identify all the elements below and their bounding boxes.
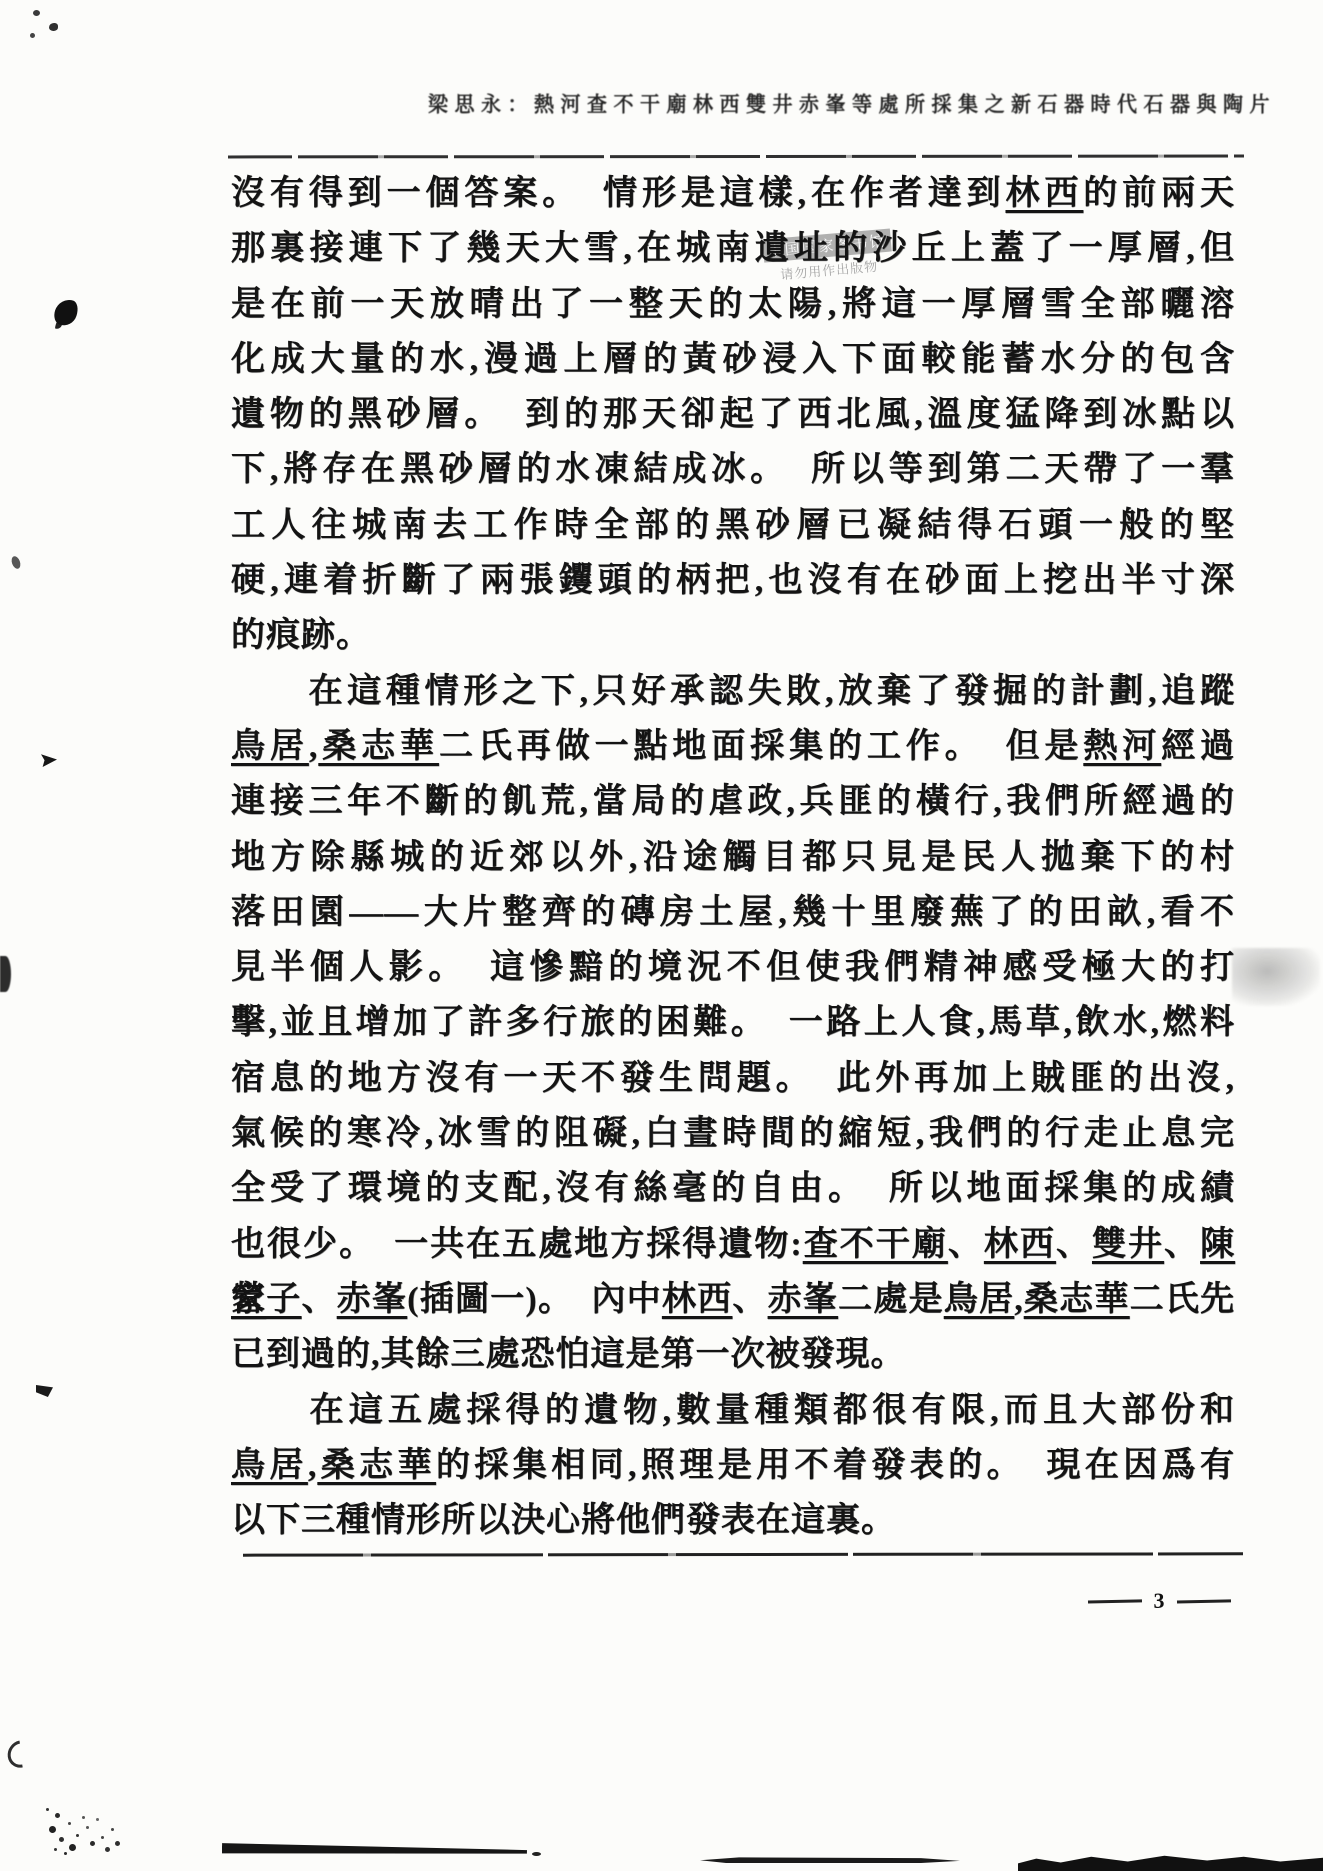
text-segment: 全受了環境的支配,沒有絲毫的自由。 所以地面採集的成績 — [231, 1170, 1235, 1207]
text-line: 在這種情形之下,只好承認失敗,放棄了發掘的計劃,追蹤 — [231, 664, 1235, 719]
running-head: 梁思永：熱河查不干廟林西雙井赤峯等處所採集之新石器時代石器與陶片 — [428, 87, 1276, 117]
proper-name-underlined: 營子 — [231, 1281, 301, 1318]
page-number: 3 — [1088, 1588, 1230, 1614]
scanned-document-page: 梁思永：熱河查不干廟林西雙井赤峯等處所採集之新石器時代石器與陶片 中国国家图书馆… — [0, 0, 1323, 1871]
proper-name-underlined: 鳥居 — [231, 1447, 308, 1484]
text-segment: 的前兩天 — [1083, 175, 1235, 212]
text-line: 在這五處採得的遺物,數量種類都很有限,而且大部份和 — [231, 1383, 1235, 1438]
ink-speck — [33, 10, 40, 16]
margin-ink-speck — [10, 555, 22, 570]
proper-name-underlined: 桑志華 — [318, 728, 439, 765]
proper-name-underlined: 林西 — [984, 1226, 1056, 1263]
text-segment: 連接三年不斷的飢荒,當局的虐政,兵匪的橫行,我們所經過的 — [231, 783, 1235, 820]
text-segment: 二氏先 — [1130, 1281, 1235, 1318]
text-line: 全受了環境的支配,沒有絲毫的自由。 所以地面採集的成績 — [231, 1161, 1235, 1216]
text-segment: 、 — [948, 1226, 984, 1263]
margin-pen-mark — [41, 752, 57, 767]
text-line: 化成大量的水,漫過上層的黃砂浸入下面較能蓄水分的包含 — [231, 332, 1235, 387]
text-segment: 、 — [1056, 1226, 1092, 1263]
body-text: 沒有得到一個答案。 情形是這樣,在作者達到林西的前兩天那裏接連下了幾天大雪,在城… — [231, 166, 1235, 1548]
text-segment: 也很少。 一共在五處地方採得遺物: — [231, 1226, 803, 1263]
text-segment: 硬,連着折斷了兩張钁頭的柄把,也沒有在砂面上挖出半寸深 — [231, 562, 1235, 599]
text-segment: 氣候的寒冷,冰雪的阻礙,白晝時間的縮短,我們的行走止息完 — [231, 1115, 1235, 1152]
text-segment: 已到過的,其餘三處恐怕這是第一次被發現。 — [231, 1336, 906, 1373]
text-segment: 那裏接連下了幾天大雪,在城南遺址的沙丘上蓋了一厚層,但 — [231, 230, 1235, 267]
proper-name-underlined: 熱河 — [1083, 728, 1161, 765]
text-segment: 、 — [301, 1281, 336, 1318]
text-segment: 工人往城南去工作時全部的黑砂層已凝結得石頭一般的堅 — [231, 507, 1235, 544]
text-segment: 在這種情形之下,只好承認失敗,放棄了發掘的計劃,追蹤 — [231, 673, 1235, 710]
text-segment: , — [308, 1447, 318, 1484]
text-segment: 在這五處採得的遺物,數量種類都很有限,而且大部份和 — [231, 1392, 1235, 1429]
text-segment: 宿息的地方沒有一天不發生問題。 此外再加上賊匪的出沒, — [231, 1060, 1235, 1097]
text-segment: 落田園——大片整齊的磚房土屋,幾十里廢蕪了的田畝,看不 — [231, 894, 1235, 931]
text-segment: 二處是 — [838, 1281, 944, 1318]
proper-name-underlined: 雙井 — [1092, 1226, 1164, 1263]
text-line: 氣候的寒冷,冰雪的阻礙,白晝時間的縮短,我們的行走止息完 — [231, 1106, 1235, 1161]
proper-name-underlined: 赤峯 — [768, 1281, 838, 1318]
text-segment: 沒有得到一個答案。 情形是這樣,在作者達到 — [231, 175, 1005, 212]
text-segment: 是在前一天放晴出了一整天的太陽,將這一厚層雪全部曬溶 — [231, 286, 1235, 323]
text-line: 下,將存在黑砂層的水凍結成冰。 所以等到第二天帶了一羣 — [231, 442, 1235, 497]
page-number-value: 3 — [1154, 1590, 1165, 1612]
text-segment: 的採集相同,照理是用不着發表的。 現在因爲有 — [436, 1447, 1235, 1484]
text-segment: 的痕跡。 — [231, 617, 371, 654]
text-line: 那裏接連下了幾天大雪,在城南遺址的沙丘上蓋了一厚層,但 — [231, 221, 1235, 276]
text-segment: 化成大量的水,漫過上層的黃砂浸入下面較能蓄水分的包含 — [231, 341, 1235, 378]
text-segment: 經過 — [1161, 728, 1235, 765]
text-line: 營子、赤峯(插圖一)。 內中林西、赤峯二處是鳥居,桑志華二氏先 — [231, 1272, 1235, 1327]
text-segment: , — [309, 728, 319, 765]
text-line: 落田園——大片整齊的磚房土屋,幾十里廢蕪了的田畝,看不 — [231, 885, 1235, 940]
text-segment: 遺物的黑砂層。 到的那天卻起了西北風,溫度猛降到冰點以 — [231, 396, 1235, 433]
proper-name-underlined: 查不干廟 — [803, 1226, 948, 1263]
proper-name-underlined: 赤峯 — [337, 1281, 407, 1318]
text-line: 鳥居,桑志華的採集相同,照理是用不着發表的。 現在因爲有 — [231, 1438, 1235, 1493]
text-segment: 地方除縣城的近郊以外,沿途觸目都只見是民人拋棄下的村 — [231, 839, 1235, 876]
margin-curl-mark — [2, 1735, 39, 1773]
footer-rule — [243, 1552, 1243, 1556]
text-line: 地方除縣城的近郊以外,沿途觸目都只見是民人拋棄下的村 — [231, 830, 1235, 885]
ink-speckle-cluster — [46, 1808, 49, 1811]
text-line: 已到過的,其餘三處恐怕這是第一次被發現。 — [231, 1327, 1235, 1382]
text-segment: 見半個人影。 這慘黯的境況不但使我們精神感受極大的打 — [231, 949, 1235, 986]
margin-ink-blob — [51, 296, 80, 328]
text-line: 工人往城南去工作時全部的黑砂層已凝結得石頭一般的堅 — [231, 498, 1235, 553]
text-line: 擊,並且增加了許多行旅的困難。 一路上人食,馬草,飲水,燃料 — [231, 995, 1235, 1050]
text-line: 宿息的地方沒有一天不發生問題。 此外再加上賊匪的出沒, — [231, 1051, 1235, 1106]
text-line: 以下三種情形所以決心將他們發表在這裏。 — [231, 1493, 1235, 1548]
ink-speck — [30, 33, 35, 38]
text-line: 的痕跡。 — [231, 608, 1235, 663]
scan-edge-bar — [1018, 1852, 1323, 1871]
text-segment: 、 — [1164, 1226, 1200, 1263]
header-rule — [228, 155, 1244, 159]
text-line: 鳥居,桑志華二氏再做一點地面採集的工作。 但是熱河經過 — [231, 719, 1235, 774]
text-line: 沒有得到一個答案。 情形是這樣,在作者達到林西的前兩天 — [231, 166, 1235, 221]
scan-edge-streak — [222, 1842, 527, 1856]
margin-ink-mark — [36, 1385, 53, 1397]
text-line: 是在前一天放晴出了一整天的太陽,將這一厚層雪全部曬溶 — [231, 277, 1235, 332]
right-margin-smudge — [1232, 948, 1320, 1006]
proper-name-underlined: 鳥居 — [944, 1281, 1014, 1318]
text-segment: , — [1014, 1281, 1024, 1318]
text-segment: 二氏再做一點地面採集的工作。 但是 — [439, 728, 1083, 765]
proper-name-underlined: 林西 — [662, 1281, 732, 1318]
proper-name-underlined: 林西 — [1005, 175, 1083, 212]
text-line: 硬,連着折斷了兩張钁頭的柄把,也沒有在砂面上挖出半寸深 — [231, 553, 1235, 608]
text-line: 見半個人影。 這慘黯的境況不但使我們精神感受極大的打 — [231, 940, 1235, 995]
text-line: 遺物的黑砂層。 到的那天卻起了西北風,溫度猛降到冰點以 — [231, 387, 1235, 442]
text-segment: 、 — [732, 1281, 767, 1318]
edge-smudge — [0, 956, 11, 992]
page-number-right-dash — [1176, 1599, 1230, 1603]
page-number-left-dash — [1088, 1599, 1142, 1603]
text-segment: 擊,並且增加了許多行旅的困難。 一路上人食,馬草,飲水,燃料 — [231, 1004, 1235, 1041]
scan-edge-speck — [532, 1852, 541, 1856]
text-segment: (插圖一)。 內中 — [407, 1281, 662, 1318]
text-line: 也很少。 一共在五處地方採得遺物:查不干廟、林西、雙井、陳家 — [231, 1217, 1235, 1272]
text-line: 連接三年不斷的飢荒,當局的虐政,兵匪的橫行,我們所經過的 — [231, 774, 1235, 829]
scan-edge-streak — [700, 1856, 960, 1863]
text-segment: 以下三種情形所以決心將他們發表在這裏。 — [231, 1502, 896, 1539]
proper-name-underlined: 桑志華 — [317, 1447, 436, 1484]
proper-name-underlined: 桑志華 — [1024, 1281, 1130, 1318]
text-segment: 下,將存在黑砂層的水凍結成冰。 所以等到第二天帶了一羣 — [231, 451, 1235, 488]
ink-speck — [49, 23, 58, 31]
proper-name-underlined: 鳥居 — [231, 728, 309, 765]
